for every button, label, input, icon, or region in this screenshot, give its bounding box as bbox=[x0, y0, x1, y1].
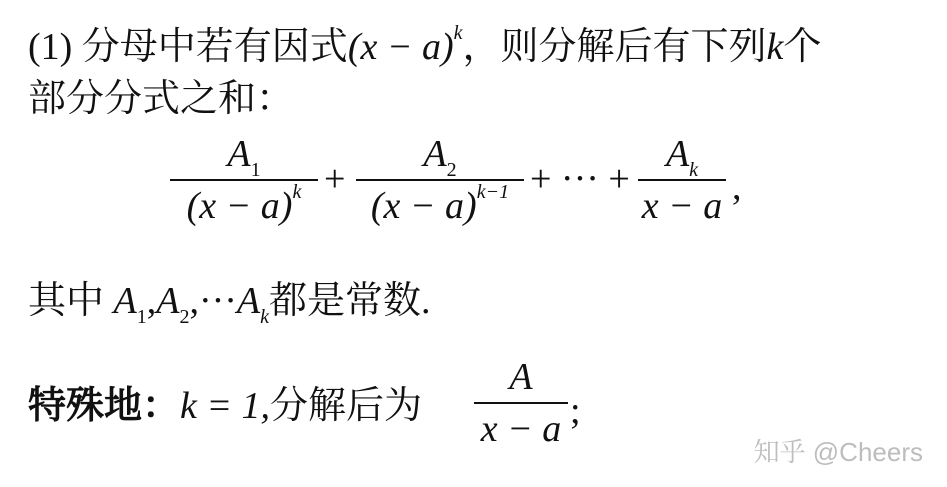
numerator-subscript: k bbox=[689, 159, 698, 181]
k-variable: k bbox=[767, 26, 784, 68]
paragraph-1-line-2: 部分分式之和： bbox=[28, 80, 294, 118]
numerator-subscript: 2 bbox=[447, 159, 457, 181]
special-text: 分解后为 bbox=[270, 385, 422, 427]
paragraph-2: 其中 A1,A2,···Ak都是常数. bbox=[28, 282, 431, 320]
ak: A bbox=[237, 280, 260, 322]
numerator-subscript: 1 bbox=[251, 159, 261, 181]
special-label: 特殊地： bbox=[28, 383, 180, 427]
ak-subscript: k bbox=[260, 306, 269, 328]
special-fraction: A x − a bbox=[474, 358, 568, 448]
denominator-exponent: k bbox=[292, 181, 301, 203]
a1: A bbox=[114, 280, 137, 322]
denominator-exponent: k−1 bbox=[477, 181, 509, 203]
special-case-line: 特殊地：k = 1,分解后为 bbox=[28, 386, 422, 425]
denominator: x − a bbox=[474, 404, 568, 448]
factor-exponent: k bbox=[454, 22, 463, 44]
denominator: (x − a) bbox=[187, 185, 293, 227]
trailing-comma: , bbox=[732, 168, 742, 206]
ellipsis-plus: + ··· + bbox=[530, 160, 630, 198]
denominator: x − a bbox=[642, 185, 723, 227]
fraction-term-k: Ak x − a bbox=[638, 135, 726, 225]
plus-sign: + bbox=[324, 160, 345, 198]
fraction-term-2: A2 (x − a)k−1 bbox=[356, 135, 524, 225]
factor-expression: (x − a) bbox=[348, 26, 454, 68]
a2: A bbox=[156, 280, 179, 322]
fraction-term-1: A1 (x − a)k bbox=[170, 135, 318, 225]
numerator: A bbox=[666, 133, 689, 175]
paragraph-1-line-1: (1) 分母中若有因式(x − a)k，则分解后有下列k个 bbox=[28, 28, 821, 66]
a2-subscript: 2 bbox=[179, 306, 189, 328]
numerator: A bbox=[423, 133, 446, 175]
suffix-text: 个 bbox=[783, 26, 821, 68]
middle-text: ，则分解后有下列 bbox=[463, 26, 767, 68]
separator-ellipsis: ,··· bbox=[189, 280, 236, 322]
intro-text: (1) 分母中若有因式 bbox=[28, 26, 348, 68]
numerator: A bbox=[474, 358, 568, 402]
prefix-text: 其中 bbox=[28, 280, 104, 322]
watermark: 知乎 @Cheers bbox=[754, 432, 923, 469]
trailing-semicolon: ; bbox=[570, 392, 581, 430]
suffix-text: 都是常数. bbox=[269, 280, 431, 322]
k-equals-one: k = 1, bbox=[180, 385, 270, 427]
numerator: A bbox=[227, 133, 250, 175]
separator: , bbox=[147, 280, 157, 322]
a1-subscript: 1 bbox=[137, 306, 147, 328]
denominator: (x − a) bbox=[371, 185, 477, 227]
